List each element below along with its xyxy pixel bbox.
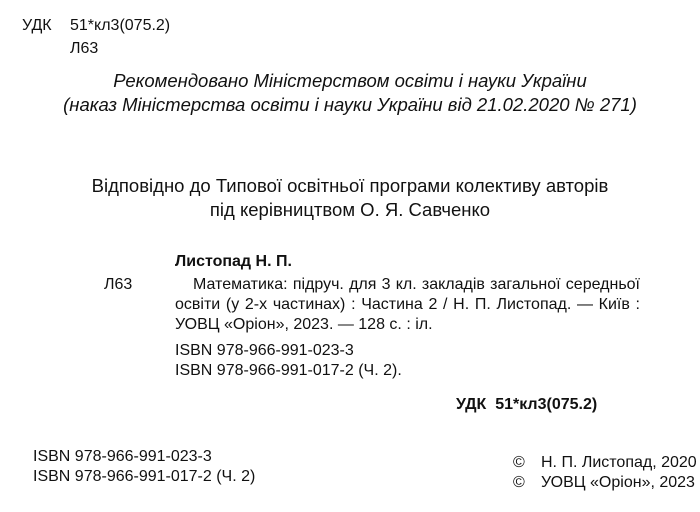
record-isbn-1: ISBN 978-966-991-023-3 bbox=[175, 341, 402, 361]
record-isbn-block: ISBN 978-966-991-023-3 ISBN 978-966-991-… bbox=[175, 341, 402, 381]
author-mark: Л63 bbox=[70, 39, 98, 59]
footer-isbn-1: ISBN 978-966-991-023-3 bbox=[33, 447, 255, 467]
footer-isbn-block: ISBN 978-966-991-023-3 ISBN 978-966-991-… bbox=[33, 447, 255, 487]
footer-isbn-2: ISBN 978-966-991-017-2 (Ч. 2) bbox=[33, 467, 255, 487]
copyright-text: Н. П. Листопад, 2020 bbox=[541, 453, 697, 473]
copyright-block: © Н. П. Листопад, 2020 © УОВЦ «Оріон», 2… bbox=[513, 453, 697, 493]
record-description-text: Математика: підруч. для 3 кл. закладів з… bbox=[175, 276, 640, 333]
record-author-mark: Л63 bbox=[104, 275, 132, 295]
copyright-icon: © bbox=[513, 453, 541, 473]
program-block: Відповідно до Типової освітньої програми… bbox=[0, 174, 700, 222]
record-udk: УДК 51*кл3(075.2) bbox=[456, 395, 597, 415]
recommendation-line-1: Рекомендовано Міністерством освіти і нау… bbox=[0, 69, 700, 93]
copyright-publisher: © УОВЦ «Оріон», 2023 bbox=[513, 473, 697, 493]
copyright-icon: © bbox=[513, 473, 541, 493]
udk-label: УДК bbox=[22, 16, 52, 36]
program-line-2: під керівництвом О. Я. Савченко bbox=[0, 198, 700, 222]
record-isbn-2: ISBN 978-966-991-017-2 (Ч. 2). bbox=[175, 361, 402, 381]
record-description: Математика: підруч. для 3 кл. закладів з… bbox=[175, 275, 640, 335]
udk-code: 51*кл3(075.2) bbox=[70, 16, 170, 36]
copyright-author: © Н. П. Листопад, 2020 bbox=[513, 453, 697, 473]
recommendation-block: Рекомендовано Міністерством освіти і нау… bbox=[0, 69, 700, 117]
copyright-text: УОВЦ «Оріон», 2023 bbox=[541, 473, 695, 493]
program-line-1: Відповідно до Типової освітньої програми… bbox=[0, 174, 700, 198]
recommendation-line-2: (наказ Міністерства освіти і науки Украї… bbox=[0, 93, 700, 117]
record-author: Листопад Н. П. bbox=[175, 252, 292, 272]
